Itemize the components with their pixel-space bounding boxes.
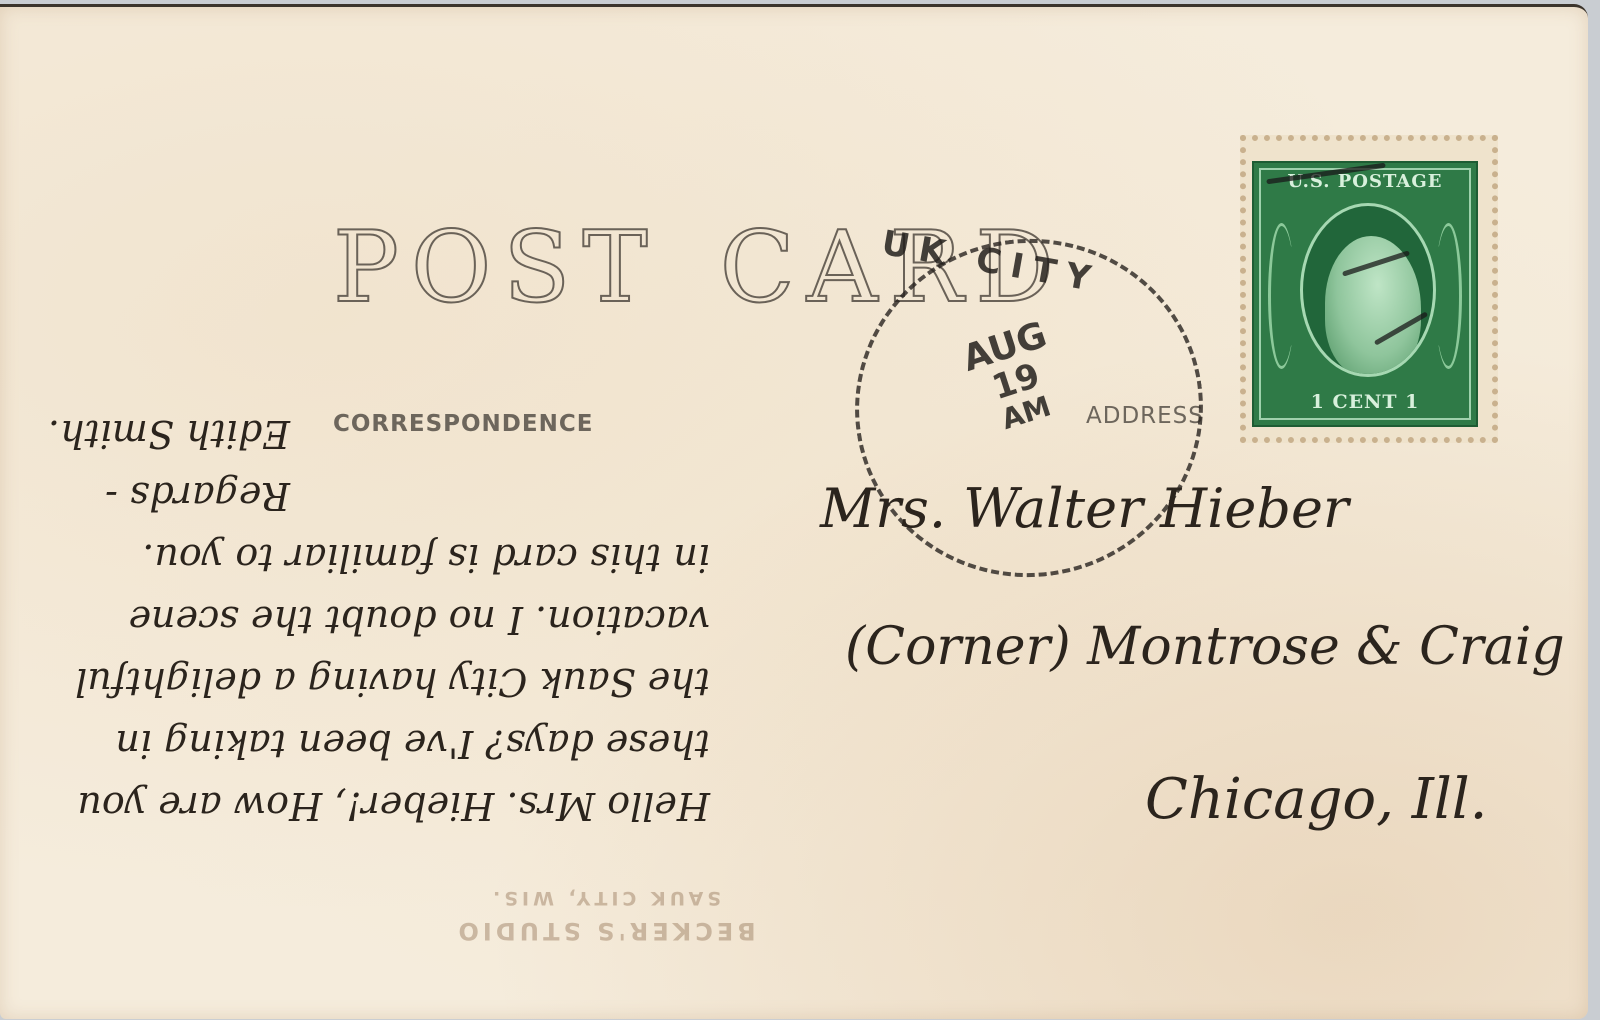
address-city: Chicago, Ill. [1145,767,1487,832]
postage-stamp: U.S. POSTAGE 1 CENT 1 [1240,135,1498,443]
washington-portrait-icon [1325,236,1421,376]
message-line: these days? I've been taking in [10,713,710,775]
message-line: in this card is familiar to you. [10,527,710,589]
message-closing: Regards - [10,465,710,527]
studio-imprint: BECKER'S STUDIO SAUK CITY, WIS. [420,887,790,945]
correspondence-message: Hello Mrs. Hieber!, How are you these da… [10,237,710,837]
message-line: Hello Mrs. Hieber!, How are you [10,775,710,837]
message-line: vacation. I no doubt the scene [10,589,710,651]
message-signature: Edith Smith. [10,403,710,465]
address-recipient: Mrs. Walter Hieber [820,477,1349,540]
imprint-location: SAUK CITY, WIS. [420,887,790,909]
stamp-top-text: U.S. POSTAGE [1254,171,1476,192]
address-street: (Corner) Montrose & Craig [845,617,1565,677]
laurel-right-icon [1435,223,1462,369]
laurel-left-icon [1268,223,1295,369]
message-line: the Sauk City having a delightful [10,651,710,713]
imprint-studio-name: BECKER'S STUDIO [420,917,790,945]
stamp-portrait-oval [1300,203,1436,377]
stamp-face: U.S. POSTAGE 1 CENT 1 [1252,161,1478,427]
stamp-denomination: 1 CENT 1 [1254,391,1476,413]
postcard-back: POSTCARD CORRESPONDENCE ADDRESS BECKER'S… [0,4,1588,1019]
